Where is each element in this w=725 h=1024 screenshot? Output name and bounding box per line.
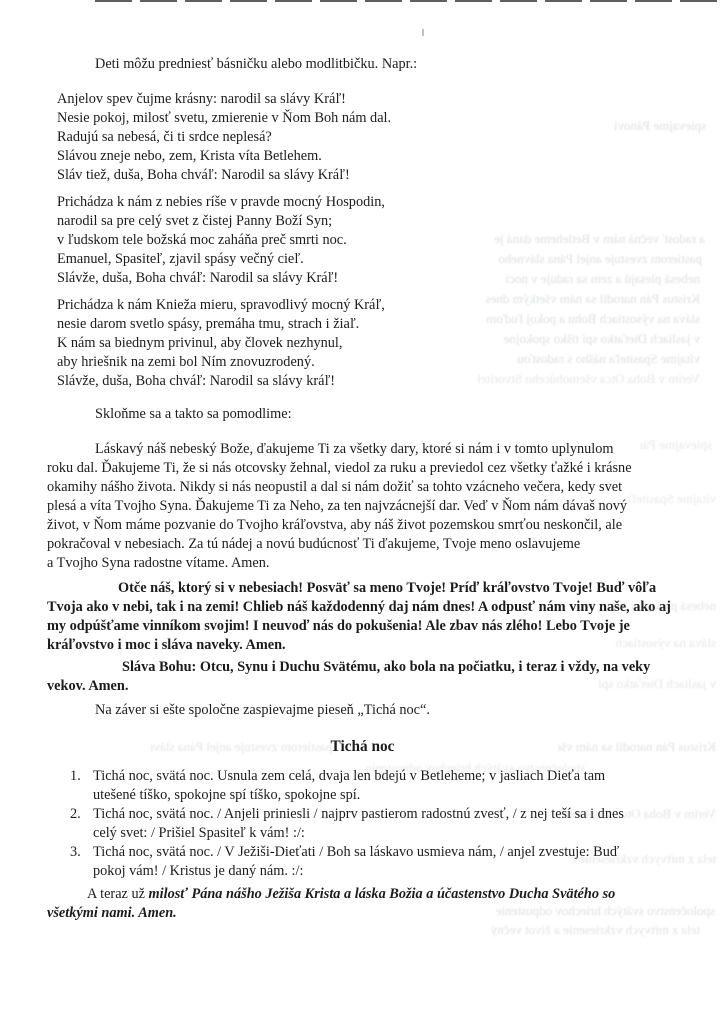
prayer-line: Láskavý náš nebeský Bože, ďakujeme Ti za… [47, 440, 725, 459]
poem-line: Anjelov spev čujme krásny: narodil sa sl… [57, 90, 725, 109]
prayer-line: roku dal. Ďakujeme Ti, že si nás otcovsk… [47, 459, 725, 478]
verse-item-3: 3. Tichá noc, svätá noc. / V Ježiši-Dieť… [70, 843, 725, 881]
closing-line: všetkými nami. Amen. [47, 904, 725, 923]
prayer-line: život, v Ňom máme pozvanie do Tvojho krá… [47, 516, 725, 535]
poem-line: Sláv tiež, duša, Boha chváľ: Narodil sa … [57, 166, 725, 185]
thanksgiving-paragraph: Láskavý náš nebeský Bože, ďakujeme Ti za… [47, 440, 725, 573]
poem-line: v ľudskom tele božská moc zaháňa preč sm… [57, 231, 725, 250]
verse-line: Tichá noc, svätá noc. / Anjeli priniesli… [93, 805, 725, 824]
poem-stanza-3: Prichádza k nám Knieža mieru, spravodliv… [57, 296, 725, 391]
verse-line: celý svet: / Prišiel Spasiteľ k vám! :/: [93, 824, 725, 843]
scanned-document-page: spievajme Pánovi a radosť večná nám v Be… [0, 0, 725, 1024]
scan-edge-artifact [95, 0, 725, 2]
scan-speck-artifact [422, 29, 424, 36]
poem-line: K nám sa biednym privinul, aby človek ne… [57, 334, 725, 353]
verse-item-1: 1. Tichá noc, svätá noc. Usnula zem celá… [70, 767, 725, 805]
prayer-line: vekov. Amen. [47, 677, 725, 696]
poem-line: Slávže, duša, Boha chváľ: Narodil sa slá… [57, 372, 725, 391]
lords-prayer-paragraph: Otče náš, ktorý si v nebesiach! Posväť s… [47, 579, 725, 655]
poem-line: Slávou zneje nebo, zem, Krista víta Betl… [57, 147, 725, 166]
closing-prefix: A teraz už [87, 886, 149, 902]
poem-line: Emanuel, Spasiteľ, zjavil spásy večný ci… [57, 250, 725, 269]
verse-number: 1. [70, 767, 81, 786]
poem-line: Radujú sa nebesá, či ti srdce neplesá? [57, 128, 725, 147]
gloria-paragraph: Sláva Bohu: Otcu, Synu i Duchu Svätému, … [47, 658, 725, 696]
closing-paragraph: A teraz už milosť Pána nášho Ježiša Kris… [47, 885, 725, 923]
poem-line: nesie darom svetlo spásy, premáha tmu, s… [57, 315, 725, 334]
prayer-line: Otče náš, ktorý si v nebesiach! Posväť s… [47, 579, 725, 598]
prayer-line: a Tvojho Syna radostne vítame. Amen. [47, 554, 725, 573]
prayer-line: my odpúšťame vinníkom svojim! I neuvoď n… [47, 617, 725, 636]
poem-line: narodil sa pre celý svet z čistej Panny … [57, 212, 725, 231]
closing-emphasis: milosť Pána nášho Ježiša Krista a láska … [149, 886, 616, 902]
poem-line: Prichádza k nám z nebies ríše v pravde m… [57, 193, 725, 212]
prayer-line: okamihy nášho života. Nikdy si nás neopu… [47, 478, 725, 497]
poem-line: Prichádza k nám Knieža mieru, spravodliv… [57, 296, 725, 315]
song-title: Tichá noc [0, 737, 725, 756]
verse-line: Tichá noc, svätá noc. Usnula zem celá, d… [93, 767, 725, 786]
prayer-line: pokračoval v nebesiach. Za tú nádej a no… [47, 535, 725, 554]
verse-line: utešené tíško, spokojne spí tíško, spoko… [93, 786, 725, 805]
verse-item-2: 2. Tichá noc, svätá noc. / Anjeli prinie… [70, 805, 725, 843]
verse-number: 3. [70, 843, 81, 862]
intro-line: Deti môžu predniesť básničku alebo modli… [95, 55, 725, 74]
poem-stanza-1: Anjelov spev čujme krásny: narodil sa sl… [57, 90, 725, 185]
prayer-line: Sláva Bohu: Otcu, Synu i Duchu Svätému, … [47, 658, 725, 677]
song-verse-list: 1. Tichá noc, svätá noc. Usnula zem celá… [70, 767, 725, 881]
poem-line: aby hriešnik na zemi bol Ním znovuzroden… [57, 353, 725, 372]
bleed-through-text: tela z mŕtvych vzkriesenie a život večný [435, 922, 700, 938]
prayer-line: Tvoja ako v nebi, tak i na zemi! Chlieb … [47, 598, 725, 617]
song-intro-line: Na záver si ešte spoločne zaspievajme pi… [95, 701, 725, 720]
prayer-line: plesá a víta Tvojho Syna. Ďakujeme Ti za… [47, 497, 725, 516]
poem-line: Nesie pokoj, milosť svetu, zmierenie v Ň… [57, 109, 725, 128]
prayer-call-line: Skloňme sa a takto sa pomodlime: [95, 405, 725, 424]
poem-line: Slávže, duša, Boha chváľ: Narodil sa slá… [57, 269, 725, 288]
verse-number: 2. [70, 805, 81, 824]
verse-line: Tichá noc, svätá noc. / V Ježiši-Dieťati… [93, 843, 725, 862]
prayer-line: kráľovstvo i moc i sláva naveky. Amen. [47, 636, 725, 655]
closing-line: A teraz už milosť Pána nášho Ježiša Kris… [47, 885, 725, 904]
verse-line: pokoj vám! / Kristus je daný nám. :/: [93, 862, 725, 881]
poem-stanza-2: Prichádza k nám z nebies ríše v pravde m… [57, 193, 725, 288]
